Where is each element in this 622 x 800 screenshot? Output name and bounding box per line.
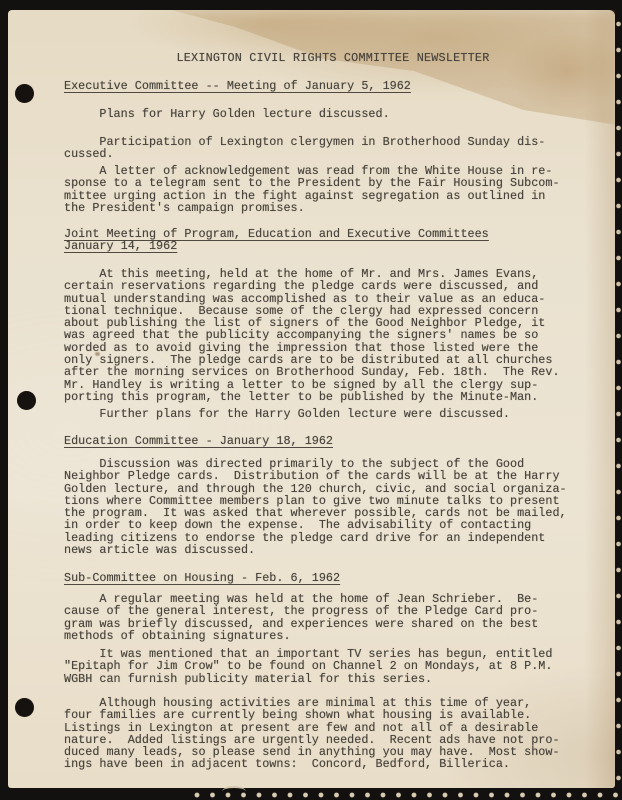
section-heading-joint-meeting: Joint Meeting of Program, Education and … — [64, 228, 584, 253]
section-heading-education-committee: Education Committee - January 18, 1962 — [64, 435, 584, 447]
scanned-newsletter-page: { "colors": { "scan_background": "#13111… — [0, 0, 622, 800]
paper-sheet: LEXINGTON CIVIL RIGHTS COMMITTEE NEWSLET… — [8, 10, 615, 788]
paragraph: It was mentioned that an important TV se… — [64, 648, 584, 685]
hole-punch-top — [15, 84, 34, 103]
right-perforation-dots — [615, 16, 622, 788]
paper-curl-highlight — [222, 786, 246, 797]
paragraph: Although housing activities are minimal … — [64, 697, 584, 771]
paragraph: Further plans for the Harry Golden lectu… — [64, 408, 584, 420]
newsletter-title: LEXINGTON CIVIL RIGHTS COMMITTEE NEWSLET… — [78, 52, 588, 64]
paragraph: Plans for Harry Golden lecture discussed… — [64, 108, 584, 120]
paragraph: Participation of Lexington clergymen in … — [64, 136, 584, 161]
paragraph: A regular meeting was held at the home o… — [64, 593, 584, 642]
hole-punch-middle — [17, 391, 36, 410]
hole-punch-bottom — [15, 698, 34, 717]
paragraph: Discussion was directed primarily to the… — [64, 458, 584, 556]
paragraph: At this meeting, held at the home of Mr.… — [64, 268, 584, 403]
bottom-perforation-dots — [190, 791, 622, 799]
paragraph: A letter of acknowledgement was read fro… — [64, 165, 584, 214]
section-heading-executive-committee: Executive Committee -- Meeting of Januar… — [64, 80, 584, 92]
section-heading-housing-subcommittee: Sub-Committee on Housing - Feb. 6, 1962 — [64, 572, 584, 584]
